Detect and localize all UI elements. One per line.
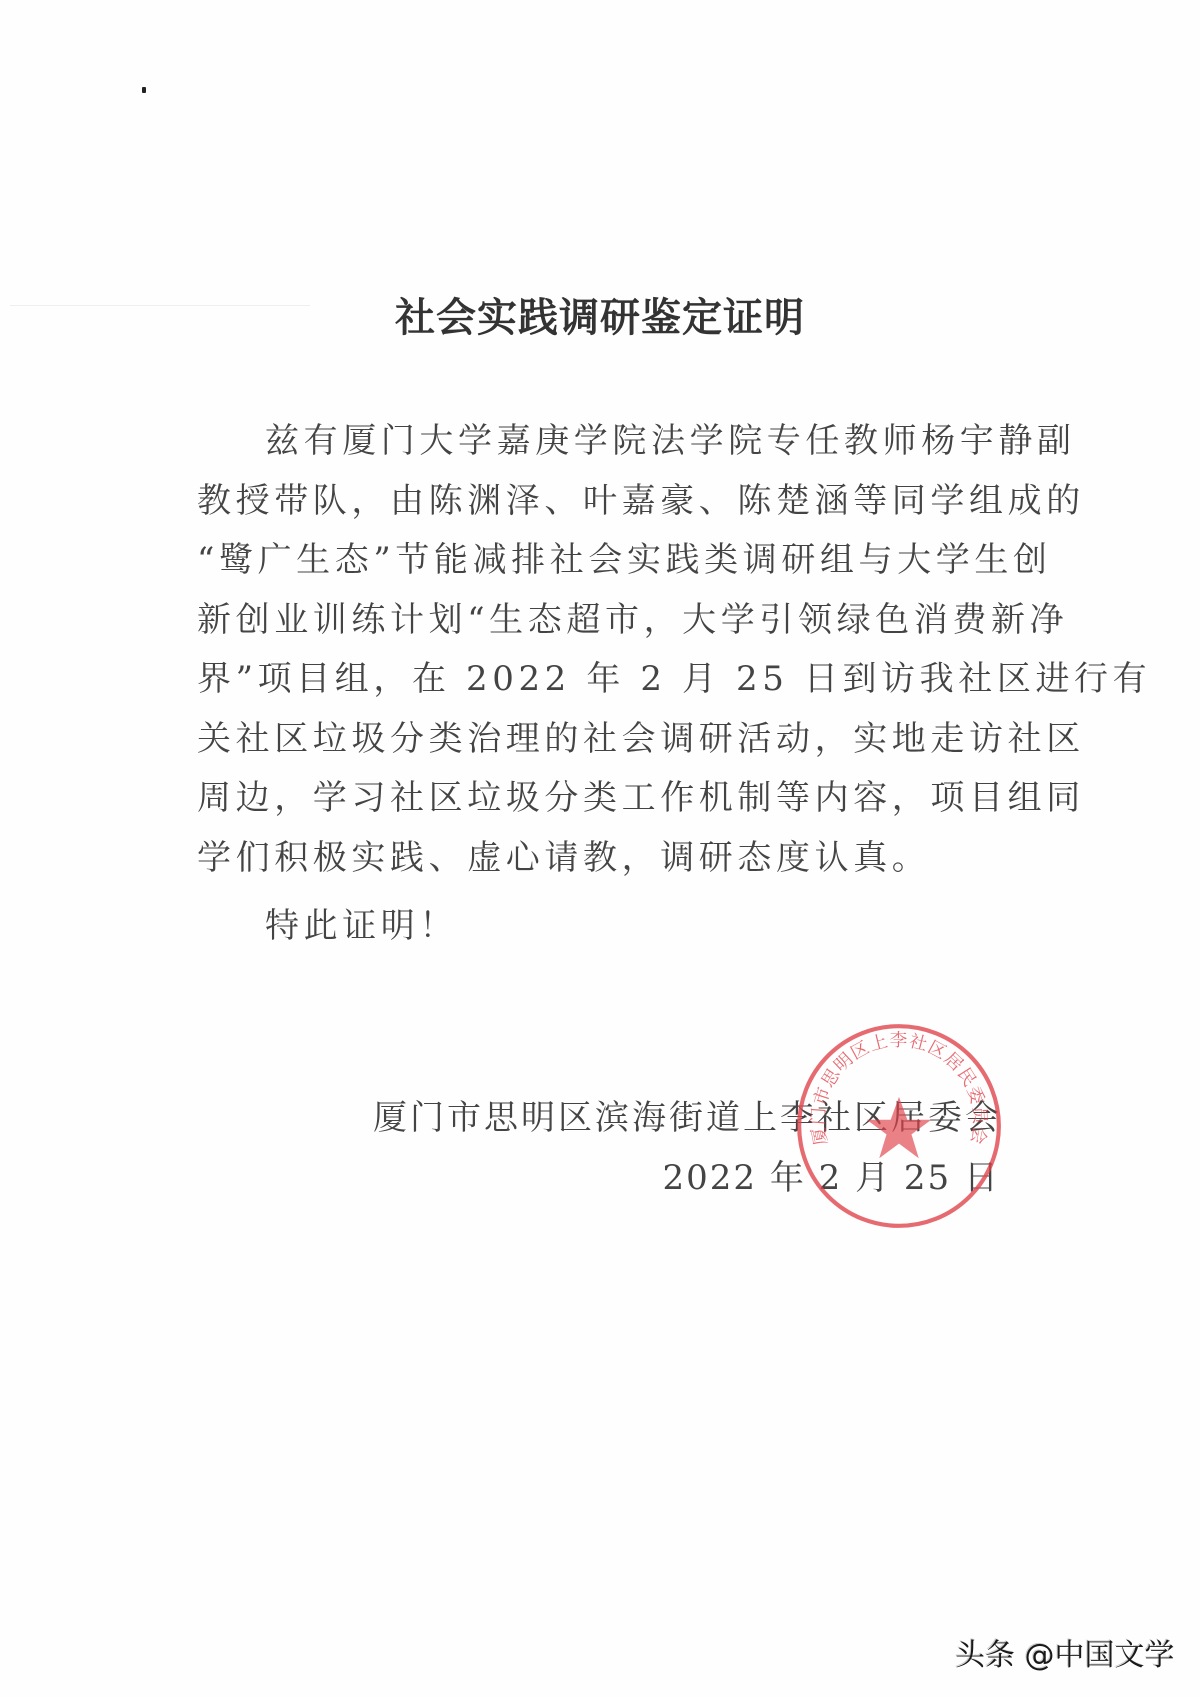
body-line: 周边，学习社区垃圾分类工作机制等内容，项目组同 xyxy=(197,769,1007,829)
source-watermark: 头条 @中国文学 xyxy=(955,1630,1175,1674)
document-title: 社会实践调研鉴定证明 xyxy=(0,286,1200,343)
signature-organization: 厦门市思明区滨海街道上李社区居委会 xyxy=(373,1090,1002,1139)
body-line: 界”项目组，在 2022 年 2 月 25 日到访我社区进行有 xyxy=(197,650,1007,710)
body-line: 兹有厦门大学嘉庚学院法学院专任教师杨宇静副 xyxy=(197,412,1007,472)
body-line: 新创业训练计划“生态超市，大学引领绿色消费新净 xyxy=(197,591,1007,651)
document-page: 社会实践调研鉴定证明 兹有厦门大学嘉庚学院法学院专任教师杨宇静副 教授带队，由陈… xyxy=(0,0,1200,1697)
body-line: “鹭广生态”节能减排社会实践类调研组与大学生创 xyxy=(197,531,1007,591)
closing-statement: 特此证明！ xyxy=(265,898,458,947)
scan-speck xyxy=(142,87,146,93)
body-line: 教授带队，由陈渊泽、叶嘉豪、陈楚涵等同学组成的 xyxy=(197,472,1007,532)
signature-date: 2022 年 2 月 25 日 xyxy=(663,1150,1000,1199)
body-paragraph: 兹有厦门大学嘉庚学院法学院专任教师杨宇静副 教授带队，由陈渊泽、叶嘉豪、陈楚涵等… xyxy=(197,412,1007,888)
body-line: 学们积极实践、虚心请教，调研态度认真。 xyxy=(197,829,1007,889)
body-line: 关社区垃圾分类治理的社会调研活动，实地走访社区 xyxy=(197,710,1007,770)
